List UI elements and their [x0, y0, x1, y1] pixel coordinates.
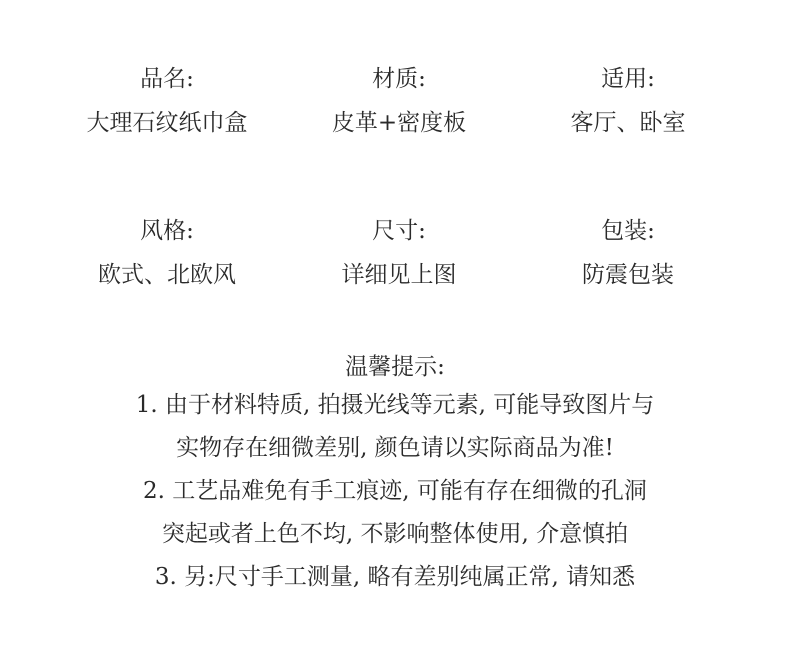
spec-value-usage: 客厅、卧室: [518, 108, 738, 138]
spec-cell-style: 风格: 欧式、北欧风: [57, 216, 277, 290]
spec-label-style: 风格:: [57, 216, 277, 246]
spec-cell-material: 材质: 皮革+密度板: [289, 64, 509, 138]
spec-cell-size: 尺寸: 详细见上图: [289, 216, 509, 290]
spec-label-name: 品名:: [57, 64, 277, 94]
spec-value-size: 详细见上图: [289, 260, 509, 290]
note-line-1: 1. 由于材料特质, 拍摄光线等元素, 可能导致图片与: [0, 384, 790, 427]
warm-tips-section: 温馨提示: 1. 由于材料特质, 拍摄光线等元素, 可能导致图片与 实物存在细微…: [0, 350, 790, 599]
spec-value-style: 欧式、北欧风: [57, 260, 277, 290]
note-line-4: 突起或者上色不均, 不影响整体使用, 介意慎拍: [0, 513, 790, 556]
spec-value-name: 大理石纹纸巾盒: [57, 108, 277, 138]
spec-label-size: 尺寸:: [289, 216, 509, 246]
spec-label-usage: 适用:: [518, 64, 738, 94]
warm-tips-title: 温馨提示:: [0, 350, 790, 384]
note-line-2: 实物存在细微差别, 颜色请以实际商品为准!: [0, 427, 790, 470]
spec-label-packaging: 包装:: [518, 216, 738, 246]
spec-label-material: 材质:: [289, 64, 509, 94]
spec-value-packaging: 防震包装: [518, 260, 738, 290]
spec-value-material: 皮革+密度板: [289, 108, 509, 138]
note-line-5: 3. 另:尺寸手工测量, 略有差别纯属正常, 请知悉: [0, 556, 790, 599]
note-line-3: 2. 工艺品难免有手工痕迹, 可能有存在细微的孔洞: [0, 470, 790, 513]
spec-row-2: 风格: 欧式、北欧风 尺寸: 详细见上图 包装: 防震包装: [0, 216, 790, 296]
spec-cell-usage: 适用: 客厅、卧室: [518, 64, 738, 138]
spec-row-1: 品名: 大理石纹纸巾盒 材质: 皮革+密度板 适用: 客厅、卧室: [0, 64, 790, 144]
spec-cell-packaging: 包装: 防震包装: [518, 216, 738, 290]
spec-cell-name: 品名: 大理石纹纸巾盒: [57, 64, 277, 138]
